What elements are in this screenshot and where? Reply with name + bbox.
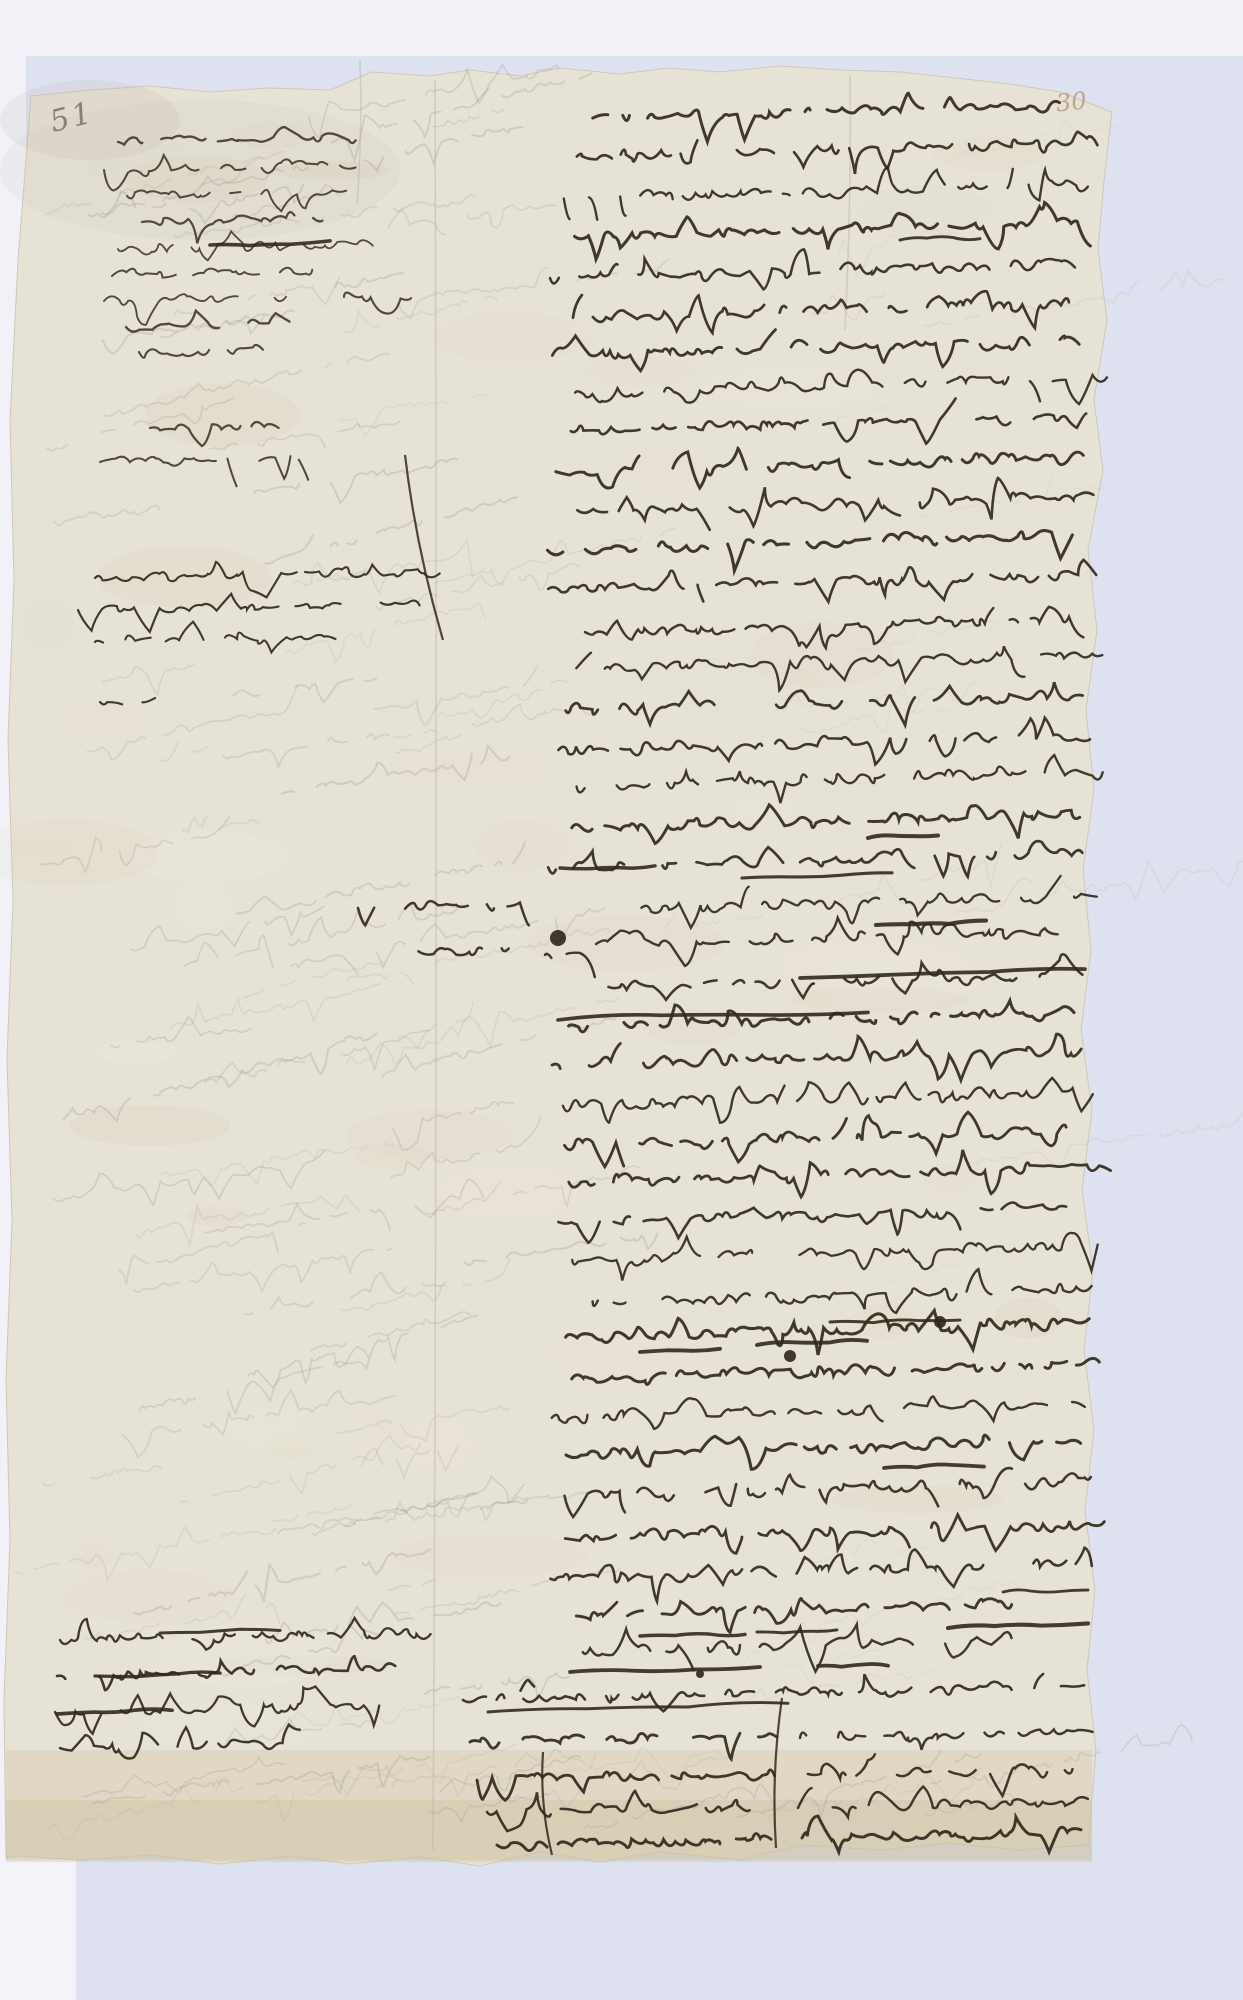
paper-stain — [21, 599, 73, 651]
ink-blot — [784, 1350, 796, 1362]
paper-stain — [405, 1415, 471, 1472]
paper-stain — [169, 882, 233, 932]
paper-stain — [145, 383, 300, 446]
manuscript-scan — [0, 0, 1243, 2000]
paper-stain — [831, 1485, 1004, 1513]
paper-stain — [474, 820, 571, 871]
paper-stain — [388, 756, 562, 780]
paper-stain — [944, 509, 1024, 548]
paper-stain — [93, 1040, 179, 1063]
paper-stain — [270, 1433, 315, 1459]
ink-blot — [696, 1670, 704, 1678]
ink-blot — [550, 930, 566, 946]
paper-stain — [97, 546, 272, 607]
paper-stain — [546, 1335, 721, 1378]
paper-stain — [430, 312, 590, 362]
strikethrough-stroke — [868, 835, 938, 838]
paper-stain — [72, 1543, 114, 1568]
paper-stain — [63, 1570, 234, 1623]
paper-stain — [923, 1163, 974, 1193]
paper-stain — [436, 1165, 582, 1220]
paper-stain — [391, 1534, 589, 1578]
folio-number: 30 — [1055, 86, 1088, 117]
paper-stain — [8, 838, 77, 854]
ink-blot — [934, 1316, 946, 1328]
paper-stain — [732, 795, 796, 820]
strikethrough-stroke — [640, 1349, 720, 1352]
aged-bottom-band — [6, 1800, 1092, 1862]
paper-stain — [54, 702, 152, 734]
paper-stain — [702, 366, 882, 410]
